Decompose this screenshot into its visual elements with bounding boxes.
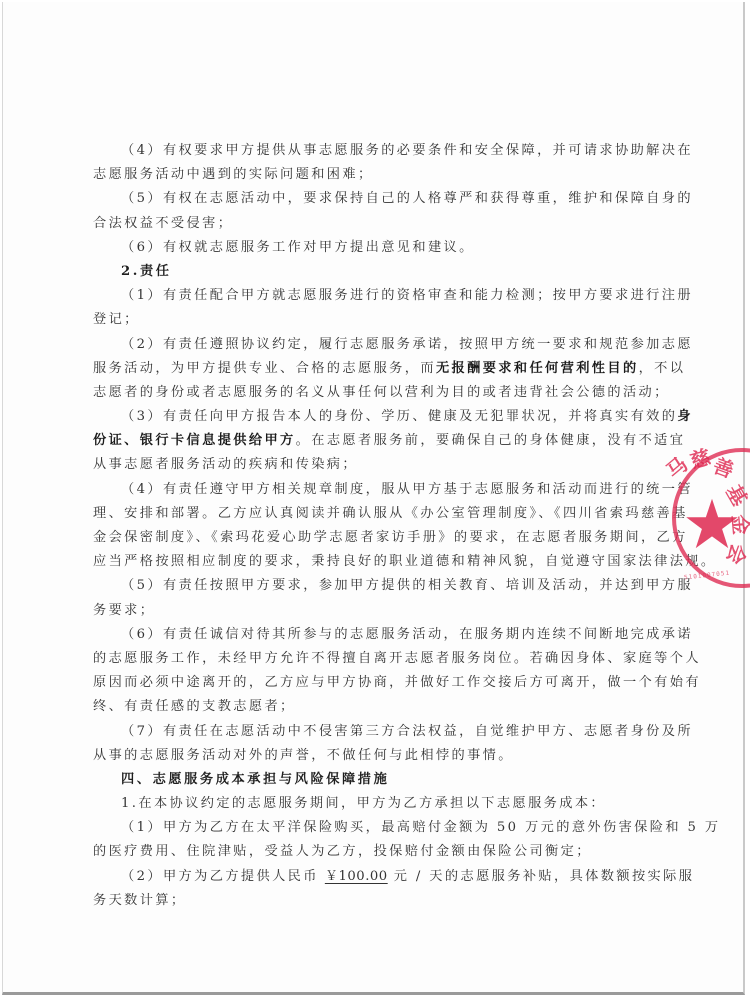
paragraph-line: 登记；: [93, 308, 665, 332]
paragraph-line: 理、安排和部署。乙方应认真阅读并确认服从《办公室管理制度》、《四川省索玛慈善基: [93, 502, 665, 526]
paragraph-line: 志愿者的身份或者志愿服务的名义从事任何以营利为目的或者违背社会公德的活动；: [93, 381, 665, 405]
paragraph-line: 金会保密制度》、《索玛花爱心助学志愿者家访手册》的要求，在志愿者服务期间，乙方: [93, 526, 665, 550]
section-heading-cost-risk: 四、志愿服务成本承担与风险保障措施: [93, 768, 665, 792]
paragraph-line: （2）甲方为乙方提供人民币￥100.00元 / 天的志愿服务补贴，具体数额按实际…: [93, 865, 665, 889]
paragraph-line: 应当严格按照相应制度的要求，秉持良好的职业道德和精神风貌，自觉遵守国家法律法规。: [93, 550, 665, 574]
paragraph-line: 从事的志愿服务活动对外的声誉，不做任何与此相悖的事情。: [93, 744, 665, 768]
bold-emphasis: 身: [677, 409, 693, 424]
bold-emphasis: 无报酬要求和任何营利性目的: [436, 361, 639, 376]
line-text: （2）甲方为乙方提供人民币: [121, 869, 319, 884]
paragraph-line: （4）有权要求甲方提供从事志愿服务的必要条件和安全保障，并可请求协助解决在: [93, 139, 665, 163]
paragraph-line: 务天数计算；: [93, 889, 665, 913]
paragraph-line: 的医疗费用、住院津贴，受益人为乙方，投保赔付金额由保险公司衡定；: [93, 840, 665, 864]
paragraph-line: 志愿服务活动中遇到的实际问题和困难；: [93, 163, 665, 187]
line-text: 元 / 天的志愿服务补贴，具体数额按实际服: [394, 869, 695, 884]
paragraph-line: 服务活动，为甲方提供专业、合格的志愿服务，而无报酬要求和任何营利性目的，不以: [93, 357, 665, 381]
paragraph-line: （5）有权在志愿活动中，要求保持自己的人格尊严和获得尊重，维护和保障自身的: [93, 187, 665, 211]
paragraph-line: 从事志愿者服务活动的疾病和传染病；: [93, 453, 665, 477]
line-text: （3）有责任向甲方报告本人的身份、学历、健康及无犯罪状况，并将真实有效的: [121, 409, 677, 424]
paragraph-line: 合法权益不受侵害；: [93, 212, 665, 236]
paragraph-line: （4）有责任遵守甲方相关规章制度，服从甲方基于志愿服务和活动而进行的统一管: [93, 478, 665, 502]
bold-emphasis: 份证、银行卡信息提供给甲方: [93, 433, 296, 448]
line-text: 。在志愿者服务前，要确保自己的身体健康，没有不适宜: [296, 433, 686, 448]
paragraph-line: （5）有责任按照甲方要求，参加甲方提供的相关教育、培训及活动，并达到甲方服: [93, 574, 665, 598]
paragraph-line: （6）有权就志愿服务工作对甲方提出意见和建议。: [93, 236, 665, 260]
paragraph-line: 的志愿服务工作，未经甲方允许不得擅自离开志愿者服务岗位。若确因身体、家庭等个人: [93, 647, 665, 671]
paragraph-line: （2）有责任遵照协议约定，履行志愿服务承诺，按照甲方统一要求和规范参加志愿: [93, 333, 665, 357]
paragraph-line: （1）甲方为乙方在太平洋保险购买，最高赔付金额为 50 万元的意外伤害保险和 5…: [93, 816, 665, 840]
seal-char: 金: [727, 513, 750, 535]
line-text: 服务活动，为甲方提供专业、合格的志愿服务，而: [93, 361, 436, 376]
paragraph-line: （7）有责任在志愿活动中不侵害第三方合法权益，自觉维护甲方、志愿者身份及所: [93, 720, 665, 744]
paragraph-line: 原因而必须中途离开的，乙方应与甲方协商，并做好工作交接后方可离开，做一个有始有: [93, 671, 665, 695]
paragraph-line: （3）有责任向甲方报告本人的身份、学历、健康及无犯罪状况，并将真实有效的身: [93, 405, 665, 429]
paragraph-line: （1）有责任配合甲方就志愿服务进行的资格审查和能力检测；按甲方要求进行注册: [93, 284, 665, 308]
paragraph-line: 份证、银行卡信息提供给甲方。在志愿者服务前，要确保自己的身体健康，没有不适宜: [93, 429, 665, 453]
section-heading-responsibility: 2.责任: [93, 260, 665, 284]
subsidy-amount: ￥100.00: [319, 869, 394, 884]
line-text: ，不以: [639, 361, 686, 376]
paragraph-line: 务要求；: [93, 599, 665, 623]
paragraph-line: 1.在本协议约定的志愿服务期间，甲方为乙方承担以下志愿服务成本：: [93, 792, 665, 816]
paragraph-line: 终、有责任感的支教志愿者；: [93, 695, 665, 719]
paragraph-line: （6）有责任诚信对待其所参与的志愿服务活动，在服务期内连续不间断地完成承诺: [93, 623, 665, 647]
document-body: （4）有权要求甲方提供从事志愿服务的必要条件和安全保障，并可请求协助解决在 志愿…: [93, 139, 665, 913]
document-page: （4）有权要求甲方提供从事志愿服务的必要条件和安全保障，并可请求协助解决在 志愿…: [2, 2, 745, 995]
